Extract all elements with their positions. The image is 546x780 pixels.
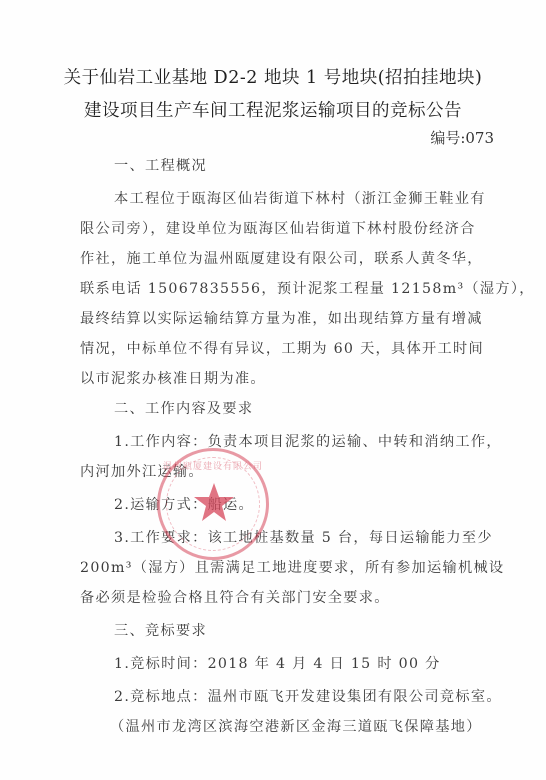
- paragraph-line: 本工程位于瓯海区仙岩街道下林村（浙江金狮王鞋业有: [114, 188, 505, 208]
- paragraph-line: （温州市龙湾区滨海空港新区金海三道瓯飞保障基地）: [110, 716, 535, 736]
- paragraph-line: 情况，中标单位不得有异议，工期为 60 天，具体开工时间: [80, 338, 505, 358]
- section-heading-bidding: 三、竞标要求: [114, 620, 505, 640]
- seal-text: 温州瓯厦建设有限公司: [160, 459, 266, 472]
- section-heading-work-content: 二、工作内容及要求: [114, 398, 505, 418]
- paragraph-line: 1.工作内容：负责本项目泥浆的运输、中转和消纳工作，: [114, 431, 505, 451]
- section-heading-overview: 一、工程概况: [114, 155, 505, 175]
- document-number: 编号:073: [430, 127, 494, 148]
- paragraph-line: 联系电话 15067835556，预计泥浆工程量 12158m³（湿方），: [80, 278, 505, 298]
- paragraph-line: 限公司旁），建设单位为瓯海区仙岩街道下林村股份经济合: [80, 218, 505, 238]
- paragraph-line: 内河加外江运输。: [80, 461, 505, 481]
- star-icon: [192, 481, 236, 525]
- paragraph-line: 1.竞标时间：2018 年 4 月 4 日 15 时 00 分: [114, 653, 505, 673]
- paragraph-line: 以市泥浆办核准日期为准。: [80, 368, 505, 388]
- paragraph-line: 备必须是检验合格且符合有关部门安全要求。: [80, 587, 505, 607]
- document-title-line-2: 建设项目生产车间工程泥浆运输项目的竞标公告: [0, 97, 546, 122]
- paragraph-line: 2.竞标地点：温州市瓯飞开发建设集团有限公司竞标室。: [114, 686, 505, 706]
- paragraph-line: 200m³（湿方）且需满足工地进度要求，所有参加运输机械设: [80, 557, 505, 577]
- document-title-line-1: 关于仙岩工业基地 D2-2 地块 1 号地块(招拍挂地块): [0, 64, 546, 89]
- paragraph-line: 作社，施工单位为温州瓯厦建设有限公司，联系人黄冬华，: [80, 248, 505, 268]
- official-seal: 温州瓯厦建设有限公司: [157, 448, 269, 560]
- paragraph-line: 最终结算以实际运输结算方量为准，如出现结算方量有增减: [80, 308, 505, 328]
- document-page: 关于仙岩工业基地 D2-2 地块 1 号地块(招拍挂地块) 建设项目生产车间工程…: [0, 0, 546, 780]
